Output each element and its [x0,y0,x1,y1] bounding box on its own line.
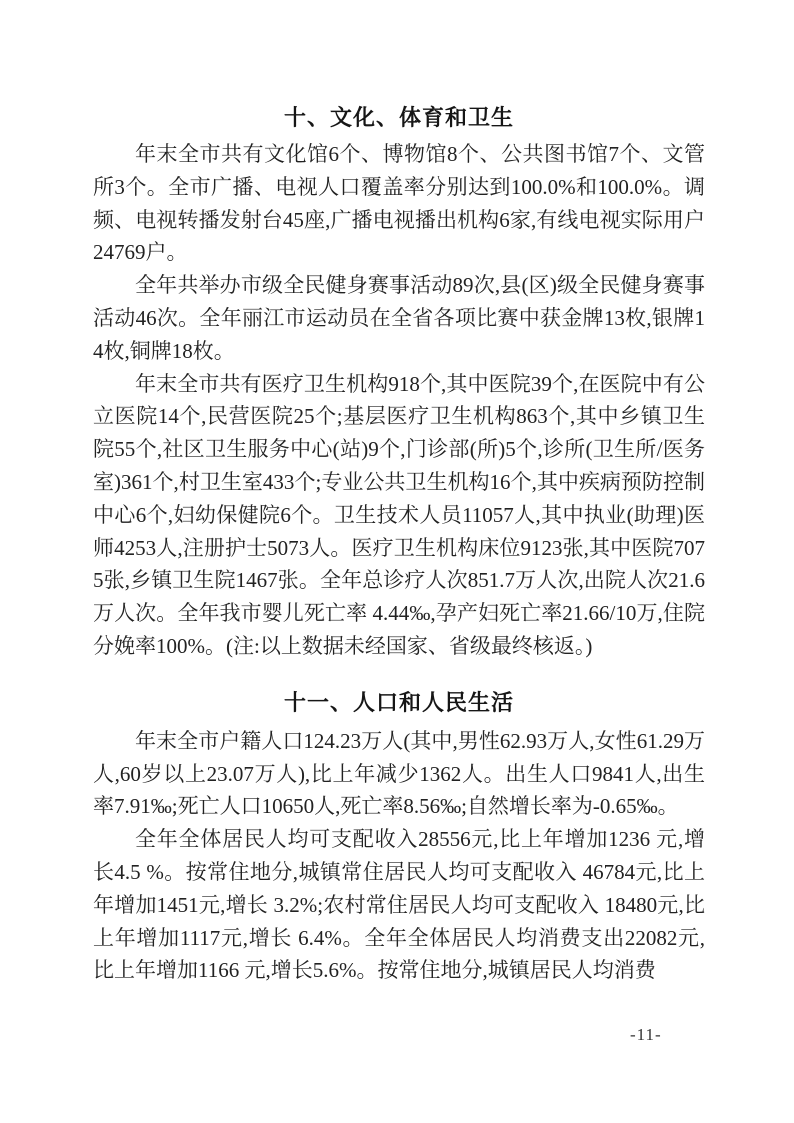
paragraph: 年末全市共有文化馆6个、博物馆8个、公共图书馆7个、文管所3个。全市广播、电视人… [93,138,705,269]
section-population-livelihood: 十一、人口和人民生活 年末全市户籍人口124.23万人(其中,男性62.93万人… [93,689,705,987]
section-heading: 十一、人口和人民生活 [93,689,705,717]
section-heading: 十、文化、体育和卫生 [93,104,705,132]
page-number: -11- [630,1025,662,1045]
document-content: 十、文化、体育和卫生 年末全市共有文化馆6个、博物馆8个、公共图书馆7个、文管所… [93,104,705,987]
section-culture-sports-health: 十、文化、体育和卫生 年末全市共有文化馆6个、博物馆8个、公共图书馆7个、文管所… [93,104,705,663]
paragraph: 年末全市户籍人口124.23万人(其中,男性62.93万人,女性61.29万人,… [93,725,705,823]
paragraph: 全年共举办市级全民健身赛事活动89次,县(区)级全民健身赛事活动46次。全年丽江… [93,269,705,367]
document-page: 十、文化、体育和卫生 年末全市共有文化馆6个、博物馆8个、公共图书馆7个、文管所… [0,0,794,1123]
paragraph: 年末全市共有医疗卫生机构918个,其中医院39个,在医院中有公立医院14个,民营… [93,368,705,663]
paragraph: 全年全体居民人均可支配收入28556元,比上年增加1236 元,增长4.5 %。… [93,823,705,987]
